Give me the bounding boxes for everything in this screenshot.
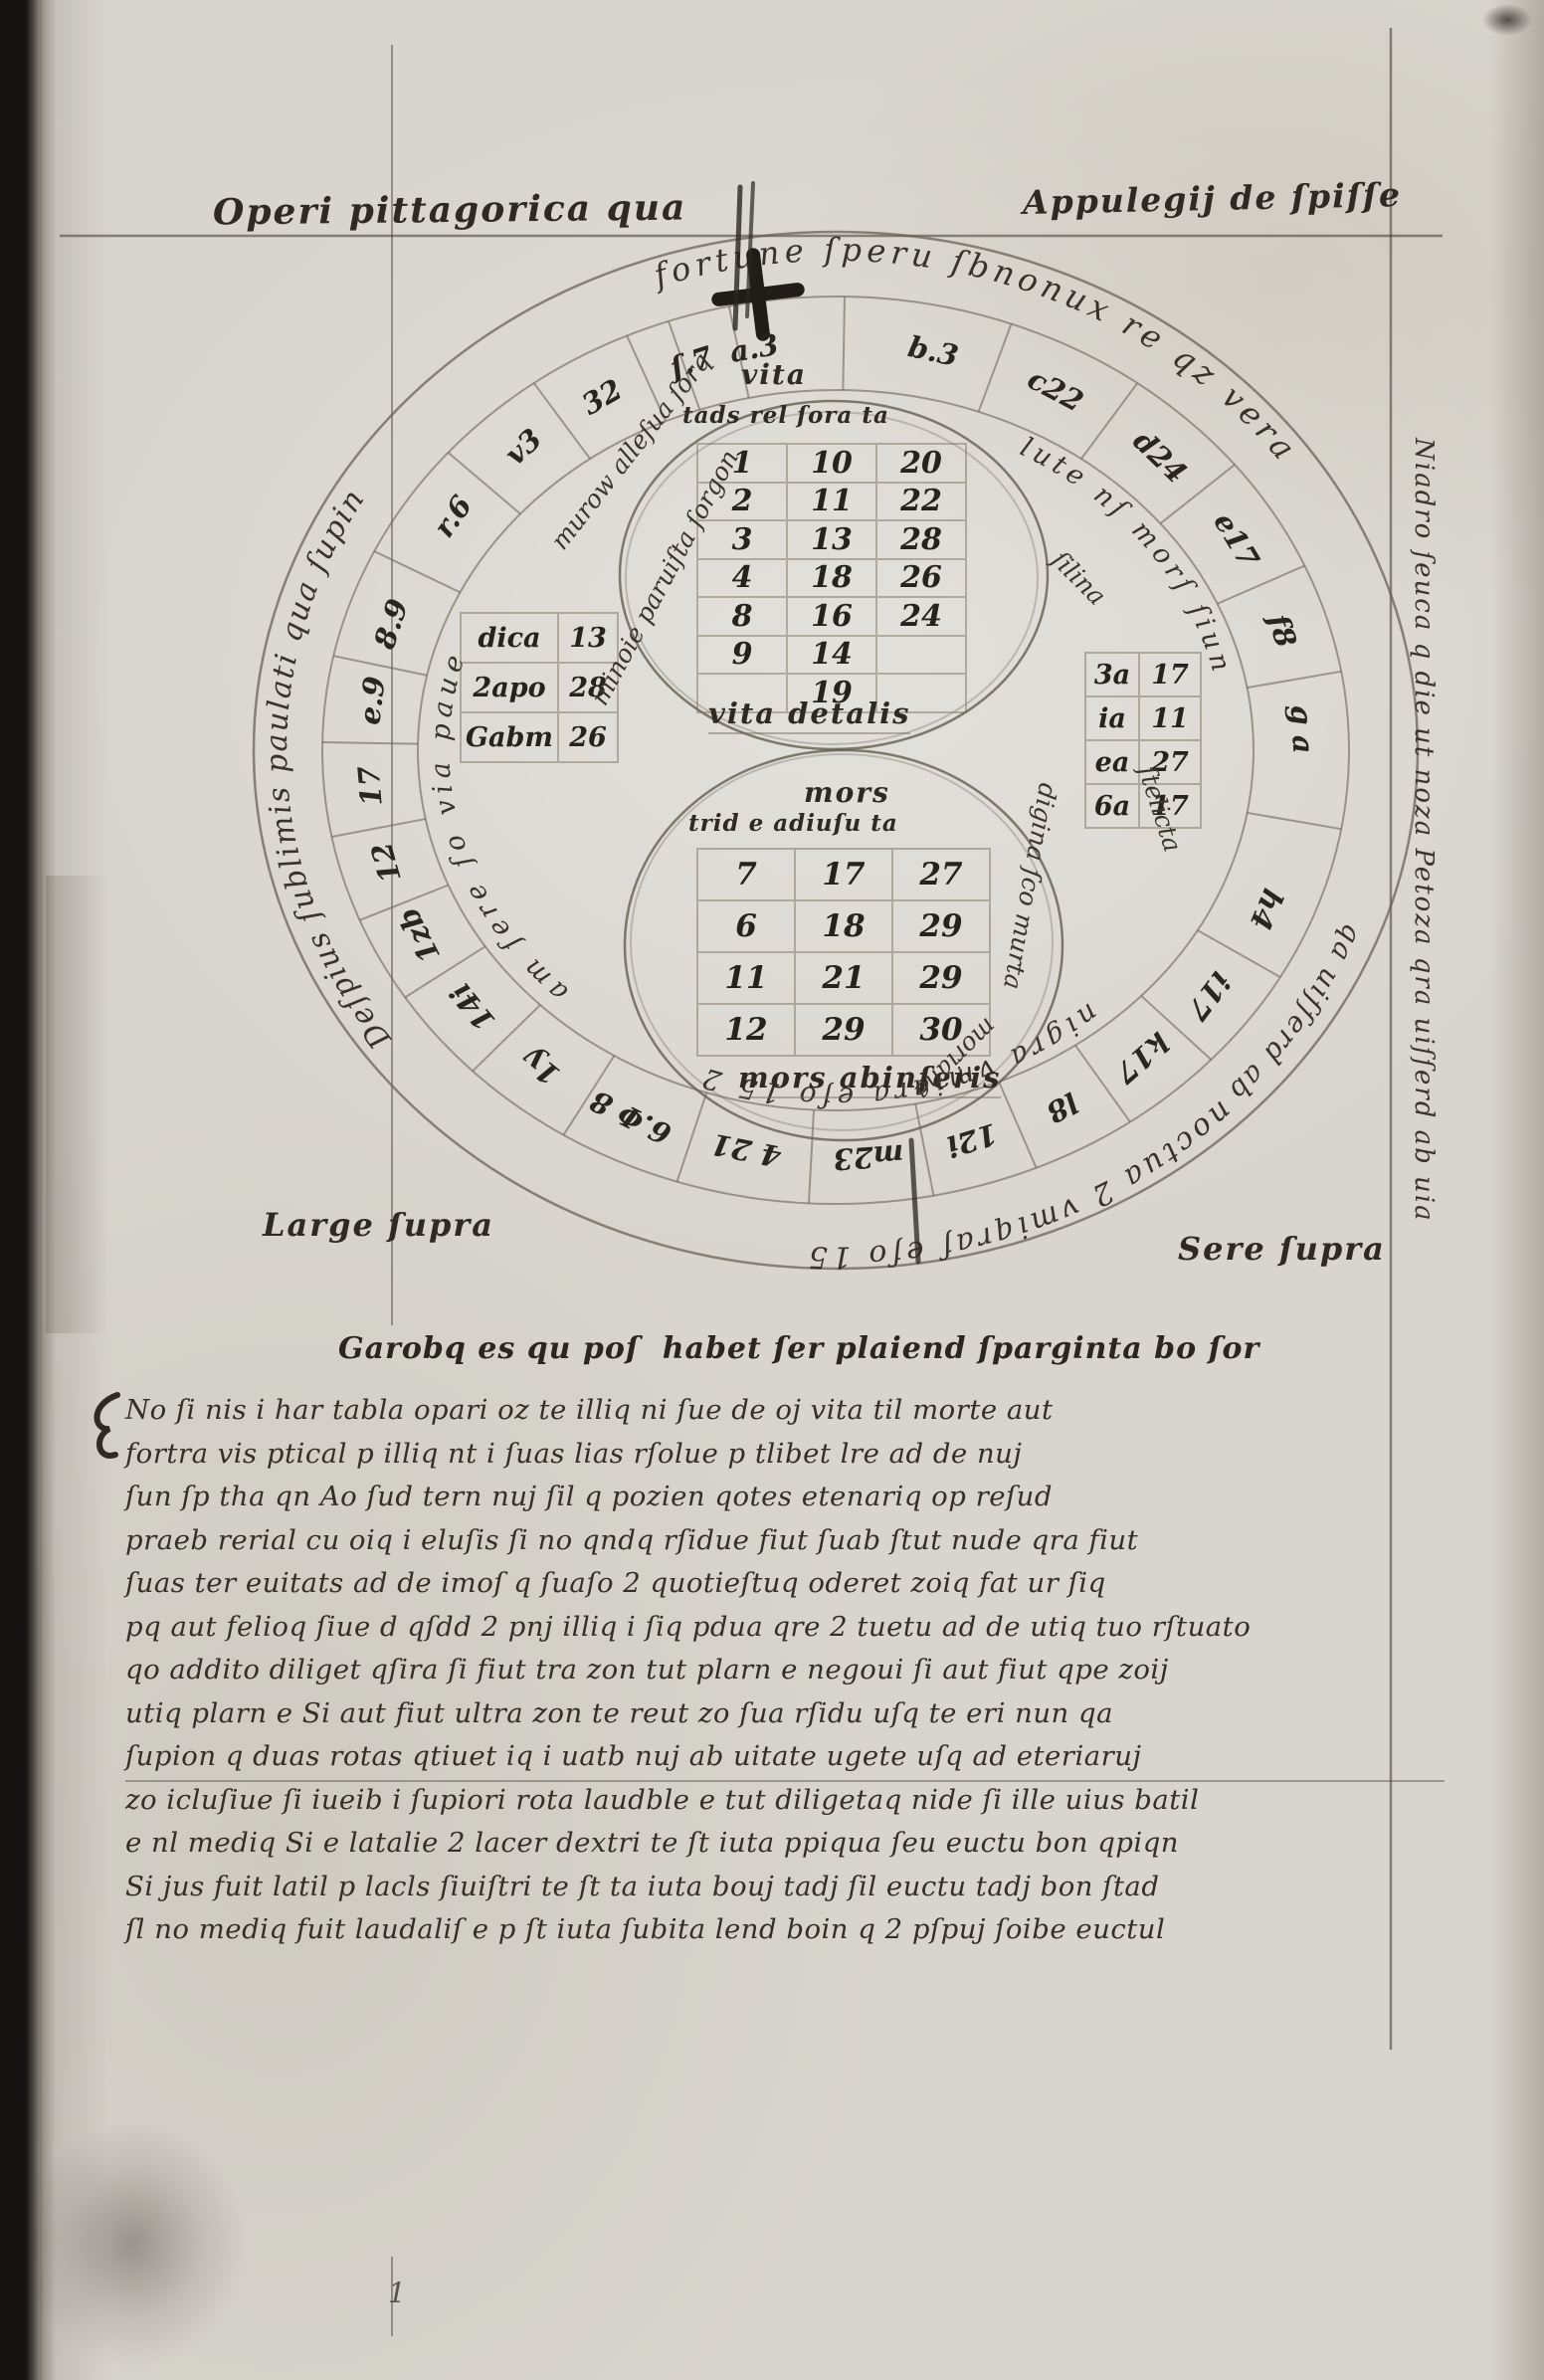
body-text-line: Si jus fuit latil p lacls ſiuiſtri te ſt…: [125, 1866, 1466, 1909]
ring-cell: v3: [497, 422, 547, 472]
table-row: dica13: [462, 614, 619, 664]
table-cell: 29: [893, 953, 991, 1005]
table-cell: 10: [788, 445, 877, 484]
table-cell: 28: [877, 521, 967, 560]
ring-cell: c22: [1022, 361, 1088, 418]
table-row: 81624: [698, 598, 967, 637]
table-cell: ia: [1086, 697, 1140, 741]
ring-cell: 4 21: [708, 1127, 784, 1174]
body-text-line: e nl mediq Si e latalie 2 lacer dextri t…: [125, 1822, 1466, 1866]
table-cell: 26: [877, 560, 967, 599]
body-text-line: ſupion q duas rotas qtiuet iq i uatb nuj…: [125, 1735, 1466, 1779]
label-sere-supra: Sere ſupra: [1178, 1230, 1386, 1268]
ring-cell: 12: [364, 839, 408, 887]
bottom-page-mark: 1: [388, 2277, 406, 2309]
table-row: 61829: [698, 901, 991, 953]
body-text-line: qo addito diliget qſira ſi fiut tra zon …: [125, 1649, 1466, 1692]
ring-cell: 8.9: [367, 595, 415, 653]
right-margin-inscription: Niadro ſeuca q die ut noza Petoza qra ui…: [1409, 438, 1439, 1264]
ring-cell: 1y: [516, 1043, 566, 1092]
ring-cell: m23: [832, 1138, 904, 1177]
ring-cell: 14i: [443, 976, 501, 1037]
vita-table-header: tads rel ſora ta: [682, 402, 889, 429]
table-cell: 8: [698, 598, 788, 637]
vita-table-caption: vita detalis: [708, 696, 910, 734]
body-text-line: praeb rerial cu oiq i eluſis ſi no qndq …: [125, 1519, 1466, 1563]
table-cell: Gabm: [462, 713, 559, 763]
body-text-line: fortra vis ptical p illiq nt i ſuas lias…: [125, 1433, 1466, 1477]
ring-cell: 32: [576, 372, 628, 422]
ring-cell: 1zb: [391, 902, 447, 968]
table-cell: 11: [698, 953, 796, 1005]
table-cell: 29: [796, 1005, 893, 1057]
table-cell: 13: [788, 521, 877, 560]
table-row: 71727: [698, 850, 991, 901]
mors-table-title: mors: [804, 776, 890, 809]
ring-cell: f8: [1261, 611, 1303, 652]
ring-cell: i17: [1180, 965, 1238, 1026]
ring-cell: h4: [1243, 885, 1289, 935]
table-cell: 14: [788, 637, 877, 676]
attribution-line: Garobq es qu poſ habet ſer plaiend ſparg…: [338, 1331, 1259, 1366]
ring-cells-layer: a.3b.3c22d24e17f8g ah4i17k17l812im234 21…: [0, 0, 1544, 2380]
ring-cell: 17: [351, 764, 388, 807]
table-cell: ea: [1086, 741, 1140, 785]
table-cell: 27: [893, 850, 991, 901]
mors-table: 7172761829112129122930: [696, 848, 991, 1057]
table-cell: 18: [796, 901, 893, 953]
ring-cell: l8: [1041, 1085, 1084, 1129]
ring-cell: 6.Φ 8: [585, 1083, 676, 1150]
mors-table-header: trid e adiuſu ta: [688, 810, 898, 837]
table-row: 3a17: [1086, 654, 1202, 697]
table-cell: 20: [877, 445, 967, 484]
table-row: Gabm26: [462, 713, 619, 763]
table-cell: 2apo: [462, 664, 559, 713]
body-text-line: utiq plarn e Si aut fiut ultra zon te re…: [125, 1692, 1466, 1736]
body-text-line: ſun ſp tha qn Ao ſud tern nuj ſil q pozi…: [125, 1476, 1466, 1519]
table-cell: [877, 637, 967, 676]
manuscript-page: Deſpius ſublimis paulati qua ſupino fort…: [0, 0, 1544, 2380]
table-cell: 17: [796, 850, 893, 901]
label-large-supra: Large ſupra: [263, 1206, 494, 1244]
table-cell: 11: [788, 484, 877, 522]
table-cell: 9: [698, 637, 788, 676]
table-cell: 24: [877, 598, 967, 637]
table-cell: 3: [698, 521, 788, 560]
body-text-block: No ſi nis i har tabla opari oz te illiq …: [125, 1389, 1466, 1952]
table-cell: 18: [788, 560, 877, 599]
table-cell: 22: [877, 484, 967, 522]
table-cell: 26: [559, 713, 619, 763]
table-cell: 12: [698, 1005, 796, 1057]
table-cell: 17: [1140, 654, 1202, 697]
table-row: 914: [698, 637, 967, 676]
ring-cell: b.3: [904, 329, 961, 373]
table-cell: 4: [698, 560, 788, 599]
vita-table: 110202112231328418268162491419: [696, 443, 967, 713]
table-row: 21122: [698, 484, 967, 522]
table-cell: 21: [796, 953, 893, 1005]
table-row: 41826: [698, 560, 967, 599]
ring-cell: k17: [1108, 1026, 1176, 1091]
vita-table-title: vita: [741, 358, 807, 391]
table-row: ia11: [1086, 697, 1202, 741]
ring-cell: g a: [1284, 703, 1321, 754]
body-text-line: zo icluſiue ſi iueib i ſupiori rota laud…: [125, 1779, 1466, 1823]
table-cell: 7: [698, 850, 796, 901]
body-text-line: ſuas ter euitats ad de imoſ q ſuaſo 2 qu…: [125, 1562, 1466, 1606]
ring-cell: e.9: [352, 675, 392, 727]
ring-cell: 12i: [943, 1116, 1002, 1164]
table-cell: 6a: [1086, 785, 1140, 829]
body-text-line: ſl no mediq fuit laudaliſ e p ſt iuta ſu…: [125, 1908, 1466, 1952]
table-cell: 16: [788, 598, 877, 637]
body-text-line: pq aut felioq ſiue d qſdd 2 pnj illiq i …: [125, 1606, 1466, 1650]
table-cell: 11: [1140, 697, 1202, 741]
table-row: 31328: [698, 521, 967, 560]
ring-cell: e17: [1207, 506, 1265, 574]
table-cell: 29: [893, 901, 991, 953]
table-cell: 3a: [1086, 654, 1140, 697]
body-text-line: No ſi nis i har tabla opari oz te illiq …: [125, 1389, 1466, 1433]
table-cell: dica: [462, 614, 559, 664]
ring-cell: d24: [1127, 424, 1194, 491]
ring-cell: r.6: [427, 490, 479, 544]
table-cell: 6: [698, 901, 796, 953]
table-row: 112129: [698, 953, 991, 1005]
